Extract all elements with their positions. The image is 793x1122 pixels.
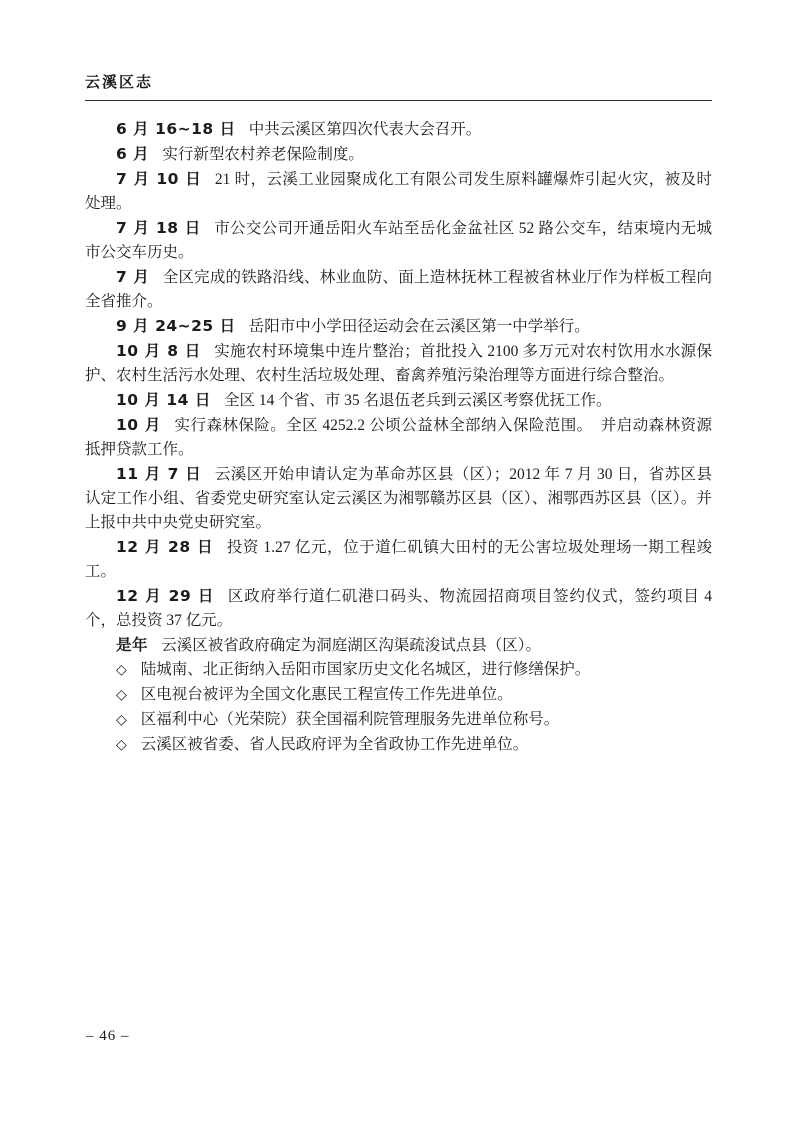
entry-paragraph: 10 月 8 日实施农村环境集中连片整治；首批投入 2100 多万元对农村饮用水… [85,339,712,388]
diamond-marker-icon: ◇ [116,663,141,678]
entry-paragraph: ◇区电视台被评为全国文化惠民工程宣传工作先进单位。 [85,683,712,708]
diamond-marker-icon: ◇ [116,713,141,728]
entry-date: 9 月 24~25 日 [116,317,249,335]
entry-text: 区福利中心（光荣院）获全国福利院管理服务先进单位称号。 [141,711,560,728]
entry-paragraph: 11 月 7 日云溪区开始申请认定为革命苏区县（区）；2012 年 7 月 30… [85,462,712,535]
document-page: 云溪区志 6 月 16~18 日中共云溪区第四次代表大会召开。6 月实行新型农村… [0,0,793,1122]
entry-text: 云溪区被省政府确定为洞庭湖区沟渠疏浚试点县（区）。 [161,637,541,654]
entry-text: 全区 14 个省、市 35 名退伍老兵到云溪区考察优抚工作。 [224,392,612,409]
entry-date: 7 月 [116,268,163,286]
entry-paragraph: 6 月实行新型农村养老保险制度。 [85,142,712,167]
entry-text: 云溪区被省委、省人民政府评为全省政协工作先进单位。 [141,736,529,753]
entry-paragraph: 10 月实行森林保险。全区 4252.2 公顷公益林全部纳入保险范围。 并启动森… [85,413,712,462]
diamond-marker-icon: ◇ [116,688,141,703]
entry-paragraph: 12 月 28 日投资 1.27 亿元，位于道仁矶镇大田村的无公害垃圾处理场一期… [85,535,712,584]
entry-date: 11 月 7 日 [116,465,215,483]
entry-date: 7 月 18 日 [116,219,214,237]
entry-date: 10 月 [116,416,175,434]
entry-text: 区电视台被评为全国文化惠民工程宣传工作先进单位。 [141,686,513,703]
entry-paragraph: ◇陆城南、北正街纳入岳阳市国家历史文化名城区，进行修缮保护。 [85,658,712,683]
entry-paragraph: 6 月 16~18 日中共云溪区第四次代表大会召开。 [85,117,712,142]
entry-paragraph: 10 月 14 日全区 14 个省、市 35 名退伍老兵到云溪区考察优抚工作。 [85,388,712,413]
entry-date: 是年 [116,636,161,654]
entry-date: 10 月 8 日 [116,342,214,360]
entry-date: 7 月 10 日 [116,170,215,188]
entry-paragraph: ◇区福利中心（光荣院）获全国福利院管理服务先进单位称号。 [85,708,712,733]
entry-date: 6 月 [116,145,162,163]
page-number: – 46 – [86,1028,130,1045]
entry-paragraph: 7 月 10 日21 时，云溪工业园聚成化工有限公司发生原料罐爆炸引起火灾，被及… [85,167,712,216]
diamond-marker-icon: ◇ [116,738,141,753]
entry-paragraph: ◇云溪区被省委、省人民政府评为全省政协工作先进单位。 [85,733,712,758]
chronicle-entries: 6 月 16~18 日中共云溪区第四次代表大会召开。6 月实行新型农村养老保险制… [85,117,712,758]
entry-date: 6 月 16~18 日 [116,120,249,138]
header-rule [85,100,712,101]
entry-text: 全区完成的铁路沿线、林业血防、面上造林抚林工程被省林业厅作为样板工程向全省推介。 [85,269,712,310]
entry-paragraph: 7 月全区完成的铁路沿线、林业血防、面上造林抚林工程被省林业厅作为样板工程向全省… [85,265,712,314]
entry-text: 中共云溪区第四次代表大会召开。 [249,121,482,138]
entry-date: 12 月 28 日 [116,538,227,556]
entry-paragraph: 是年云溪区被省政府确定为洞庭湖区沟渠疏浚试点县（区）。 [85,633,712,658]
entry-text: 实行森林保险。全区 4252.2 公顷公益林全部纳入保险范围。 并启动森林资源抵… [85,417,712,458]
entry-date: 12 月 29 日 [116,587,228,605]
entry-text: 实行新型农村养老保险制度。 [162,146,364,163]
entry-text: 岳阳市中小学田径运动会在云溪区第一中学举行。 [249,318,590,335]
entry-paragraph: 12 月 29 日区政府举行道仁矶港口码头、物流园招商项目签约仪式，签约项目 4… [85,584,712,633]
entry-text: 陆城南、北正街纳入岳阳市国家历史文化名城区，进行修缮保护。 [141,661,591,678]
running-head-title: 云溪区志 [85,71,153,92]
entry-paragraph: 9 月 24~25 日岳阳市中小学田径运动会在云溪区第一中学举行。 [85,314,712,339]
entry-date: 10 月 14 日 [116,391,224,409]
entry-paragraph: 7 月 18 日市公交公司开通岳阳火车站至岳化金盆社区 52 路公交车，结束境内… [85,216,712,265]
